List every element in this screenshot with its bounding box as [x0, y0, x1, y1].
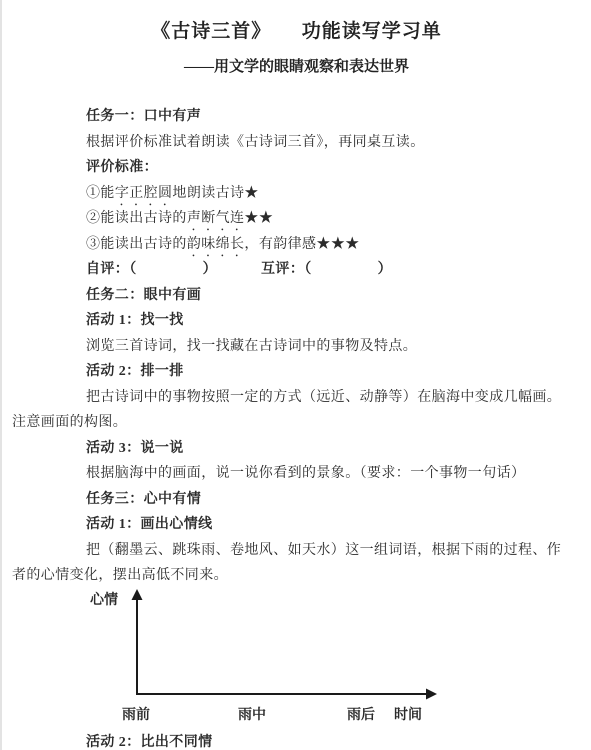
- criterion-2: ②能读出古诗的声断气连★★: [2, 206, 591, 232]
- criterion-1-pre: ①能: [86, 186, 115, 201]
- task2-heading: 任务二：眼中有画: [2, 283, 591, 309]
- task2-activity2-line2: 注意画面的构图。: [2, 410, 591, 436]
- self-rating-label: 自评：（: [86, 262, 137, 277]
- mood-line-chart: 心情 雨前 雨中 雨后 时间: [2, 589, 591, 730]
- task3-activity2-heading: 活动 2：比出不同情: [2, 730, 591, 750]
- worksheet-body: 任务一：口中有声 根据评价标准试着朗读《古诗词三首》，再同桌互读。 评价标准： …: [2, 104, 591, 750]
- y-axis-arrow-icon: [132, 589, 143, 694]
- criterion-3-post: ，有韵律感★★★: [244, 237, 359, 252]
- criterion-1-post: 地朗读古诗★: [172, 186, 258, 201]
- task2-activity1-heading: 活动 1：找一找: [2, 308, 591, 334]
- peer-rating-close: ）: [378, 262, 392, 277]
- mood-chart-axes: [129, 589, 441, 701]
- task1-intro: 根据评价标准试着朗读《古诗词三首》，再同桌互读。: [2, 130, 591, 156]
- task2-activity2-line1: 把古诗词中的事物按照一定的方式（远近、动静等）在脑海中变成几幅画。: [2, 385, 591, 411]
- x-tick-during-rain: 雨中: [238, 704, 266, 724]
- worksheet-page: 《古诗三首》 功能读写学习单 ——用文学的眼睛观察和表达世界 任务一：口中有声 …: [0, 0, 591, 750]
- page-title: 《古诗三首》 功能读写学习单: [2, 0, 591, 43]
- task2-activity1-body: 浏览三首诗词，找一找藏在古诗词中的事物及特点。: [2, 334, 591, 360]
- x-tick-after-rain: 雨后: [347, 704, 375, 724]
- criterion-1: ①能字正腔圆地朗读古诗★: [2, 181, 591, 207]
- criterion-3: ③能读出古诗的韵味绵长，有韵律感★★★: [2, 232, 591, 258]
- x-tick-before-rain: 雨前: [122, 704, 150, 724]
- x-axis-arrow-icon: [136, 688, 437, 699]
- peer-rating-label: 互评：（: [261, 262, 312, 277]
- criterion-2-pre: ②能读出古诗的: [86, 211, 187, 226]
- criterion-3-pre: ③能读出古诗的: [86, 237, 187, 252]
- page-subtitle: ——用文学的眼睛观察和表达世界: [2, 55, 591, 76]
- task2-activity3-heading: 活动 3：说一说: [2, 436, 591, 462]
- self-rating-close: ）: [203, 262, 217, 277]
- task3-heading: 任务三：心中有情: [2, 487, 591, 513]
- x-axis-label: 时间: [394, 704, 422, 724]
- y-axis-label: 心情: [90, 589, 118, 609]
- task3-activity1-line2: 者的心情变化，摆出高低不同来。: [2, 563, 591, 589]
- criterion-1-emphasized: 字正腔圆: [115, 186, 173, 201]
- criterion-2-post: ★★: [244, 211, 273, 226]
- criterion-2-emphasized: 声断气连: [187, 211, 245, 226]
- task2-activity2-heading: 活动 2：排一排: [2, 359, 591, 385]
- criterion-3-emphasized: 韵味绵长: [187, 237, 245, 252]
- rating-line: 自评：（）互评：（）: [2, 257, 591, 283]
- task1-heading: 任务一：口中有声: [2, 104, 591, 130]
- task3-activity1-line1: 把（翻墨云、跳珠雨、卷地风、如天水）这一组词语，根据下雨的过程、作: [2, 538, 591, 564]
- task3-activity1-heading: 活动 1：画出心情线: [2, 512, 591, 538]
- task2-activity3-body: 根据脑海中的画面，说一说你看到的景象。（要求：一个事物一句话）: [2, 461, 591, 487]
- criteria-label: 评价标准：: [2, 155, 591, 181]
